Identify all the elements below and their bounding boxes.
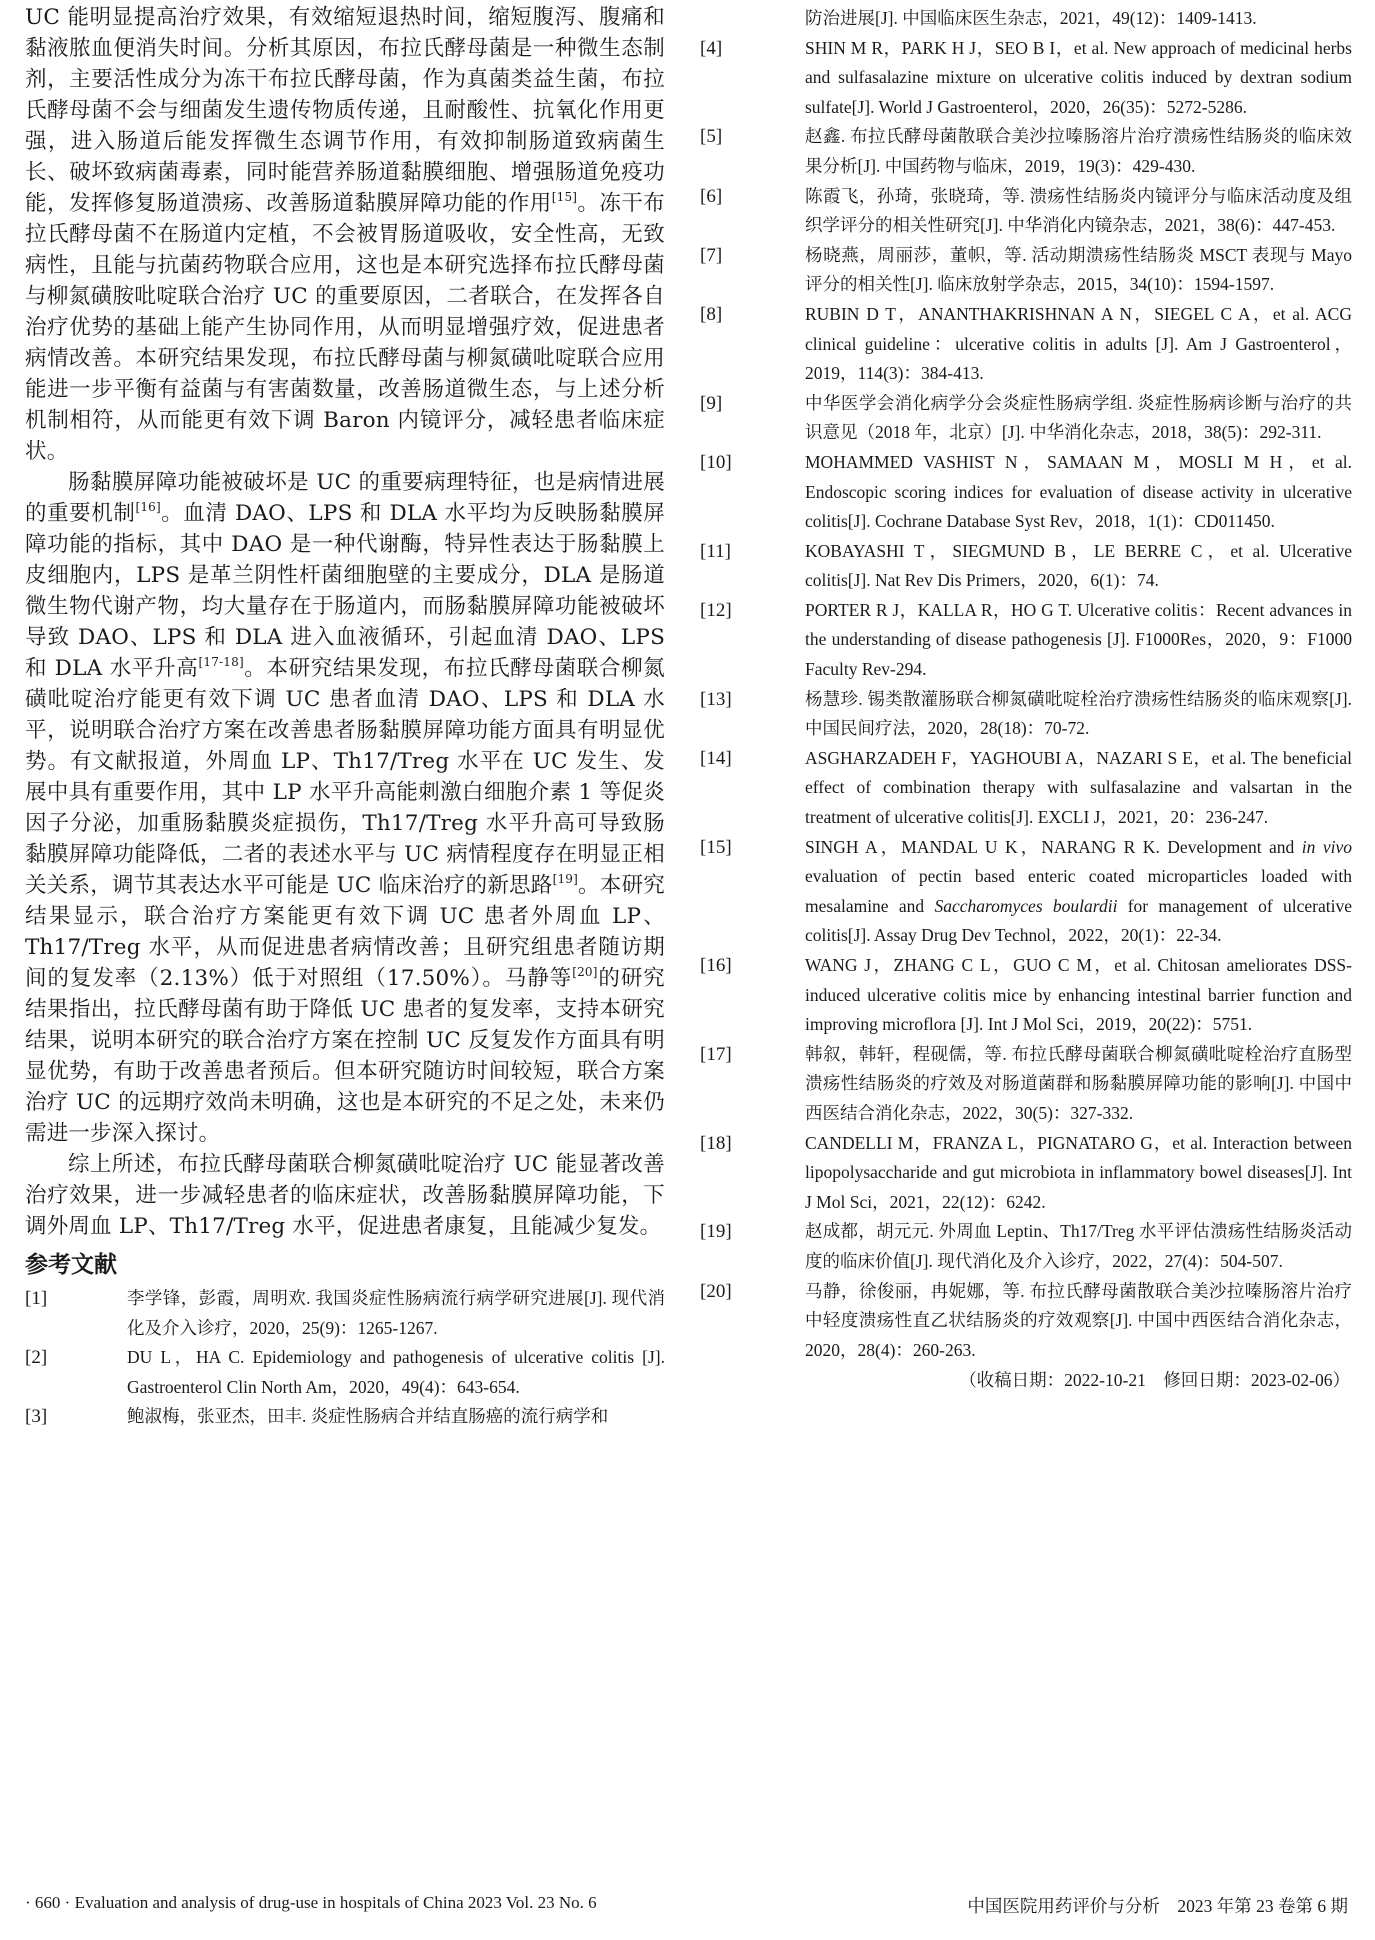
reference-text: 中华医学会消化病学分会炎症性肠病学组. 炎症性肠病诊断与治疗的共识意见（2018… [805,393,1352,443]
footer-journal-info-chinese: 中国医院用药评价与分析 2023 年第 23 卷第 6 期 [967,1893,1348,1918]
reference-number: [13] [700,685,780,715]
reference-number: [10] [700,448,780,478]
reference-text: 韩叙，韩轩，程砚儒，等. 布拉氏酵母菌联合柳氮磺吡啶栓治疗直肠型溃疡性结肠炎的疗… [805,1044,1352,1123]
reference-number: [17] [700,1040,780,1070]
reference-text: 杨晓燕，周丽莎，董帜，等. 活动期溃疡性结肠炎 MSCT 表现与 Mayo 评分… [805,245,1352,295]
reference-item: [1] 李学锋，彭霞，周明欢. 我国炎症性肠病流行病学研究进展[J]. 现代消化… [25,1284,665,1343]
left-column: UC 能明显提高治疗效果，有效缩短退热时间，缩短腹泻、腹痛和黏液脓血便消失时间。… [25,0,665,1432]
reference-list-right: [4]SHIN M R，PARK H J，SEO B I，et al. New … [700,34,1352,1366]
reference-item: [16]WANG J，ZHANG C L，GUO C M，et al. Chit… [700,951,1352,1040]
reference-text: WANG J，ZHANG C L，GUO C M，et al. Chitosan… [805,955,1352,1034]
reference-number: [6] [700,182,780,212]
reference-text: CANDELLI M，FRANZA L，PIGNATARO G，et al. I… [805,1133,1352,1212]
reference-text: DU L，HA C. Epidemiology and pathogenesis… [127,1347,665,1397]
reference-number: [3] [25,1402,105,1432]
reference-number: [8] [700,300,780,330]
paragraph-text: 。冻干布拉氏酵母菌不在肠道内定植，不会被胃肠道吸收，安全性高，无致病性，且能与抗… [25,191,665,464]
paragraph-text: 。血清 DAO、LPS 和 DLA 水平均为反映肠黏膜屏障功能的指标，其中 DA… [25,501,665,681]
reference-text: 赵鑫. 布拉氏酵母菌散联合美沙拉嗪肠溶片治疗溃疡性结肠炎的临床效果分析[J]. … [805,126,1352,176]
citation-link[interactable]: [17-18] [198,655,243,669]
citation-link[interactable]: [20] [572,965,597,979]
reference-italic: Saccharomyces boulardii [934,896,1117,916]
reference-item: [8]RUBIN D T，ANANTHAKRISHNAN A N，SIEGEL … [700,300,1352,389]
paragraph-text: 。本研究结果发现，布拉氏酵母菌联合柳氮磺吡啶治疗能更有效下调 UC 患者血清 D… [25,656,665,898]
reference-text: SHIN M R，PARK H J，SEO B I，et al. New app… [805,38,1352,117]
reference-item: [5]赵鑫. 布拉氏酵母菌散联合美沙拉嗪肠溶片治疗溃疡性结肠炎的临床效果分析[J… [700,122,1352,181]
footer-page-info-english: · 660 · Evaluation and analysis of drug-… [25,1893,597,1913]
reference-number: [7] [700,241,780,271]
reference-number: [5] [700,122,780,152]
reference-text: KOBAYASHI T，SIEGMUND B，LE BERRE C，et al.… [805,541,1352,591]
citation-link[interactable]: [15] [552,190,577,204]
journal-page: UC 能明显提高治疗效果，有效缩短退热时间，缩短腹泻、腹痛和黏液脓血便消失时间。… [0,0,1375,1940]
reference-number: [4] [700,34,780,64]
paragraph-barrier: 肠黏膜屏障功能被破坏是 UC 的重要病理特征，也是病情进展的重要机制[16]。血… [25,467,665,1149]
paragraph-text: 综上所述，布拉氏酵母菌联合柳氮磺吡啶治疗 UC 能显著改善治疗效果，进一步减轻患… [25,1152,665,1239]
reference-item: [17]韩叙，韩轩，程砚儒，等. 布拉氏酵母菌联合柳氮磺吡啶栓治疗直肠型溃疡性结… [700,1040,1352,1129]
reference-number: [1] [25,1284,105,1314]
reference-text: SINGH A，MANDAL U K，NARANG R K. Developme… [805,837,1302,857]
reference-item: [18]CANDELLI M，FRANZA L，PIGNATARO G，et a… [700,1129,1352,1218]
reference-number: [12] [700,596,780,626]
reference-item: [2] DU L，HA C. Epidemiology and pathogen… [25,1343,665,1402]
reference-text: ASGHARZADEH F，YAGHOUBI A，NAZARI S E，et a… [805,748,1352,827]
reference-list-left: [1] 李学锋，彭霞，周明欢. 我国炎症性肠病流行病学研究进展[J]. 现代消化… [25,1284,665,1432]
reference-item: [9]中华医学会消化病学分会炎症性肠病学组. 炎症性肠病诊断与治疗的共识意见（2… [700,389,1352,448]
reference-number: [16] [700,951,780,981]
reference-number: [20] [700,1277,780,1307]
reference-number: [2] [25,1343,105,1373]
paragraph-text: 的研究结果指出，拉氏酵母菌有助于降低 UC 患者的复发率，支持本研究结果，说明本… [25,966,665,1146]
reference-text: 陈霞飞，孙琦，张晓琦，等. 溃疡性结肠炎内镜评分与临床活动度及组织学评分的相关性… [805,186,1352,236]
reference-text: 鲍淑梅，张亚杰，田丰. 炎症性肠病合并结直肠癌的流行病学和 [127,1406,608,1426]
reference-item: [11]KOBAYASHI T，SIEGMUND B，LE BERRE C，et… [700,537,1352,596]
reference-item: [3] 鲍淑梅，张亚杰，田丰. 炎症性肠病合并结直肠癌的流行病学和 [25,1402,665,1432]
reference-item: [13]杨慧珍. 锡类散灌肠联合柳氮磺吡啶栓治疗溃疡性结肠炎的临床观察[J]. … [700,685,1352,744]
reference-item: [20]马静，徐俊丽，冉妮娜，等. 布拉氏酵母菌散联合美沙拉嗪肠溶片治疗中轻度溃… [700,1277,1352,1366]
reference-text: 李学锋，彭霞，周明欢. 我国炎症性肠病流行病学研究进展[J]. 现代消化及介入诊… [127,1288,665,1338]
reference-number: [14] [700,744,780,774]
paragraph-text: UC 能明显提高治疗效果，有效缩短退热时间，缩短腹泻、腹痛和黏液脓血便消失时间。… [25,5,665,216]
reference-item: [14]ASGHARZADEH F，YAGHOUBI A，NAZARI S E，… [700,744,1352,833]
reference-number: [11] [700,537,780,567]
reference-item: [7]杨晓燕，周丽莎，董帜，等. 活动期溃疡性结肠炎 MSCT 表现与 Mayo… [700,241,1352,300]
reference-text: RUBIN D T，ANANTHAKRISHNAN A N，SIEGEL C A… [805,304,1352,383]
reference-item: [12]PORTER R J，KALLA R，HO G T. Ulcerativ… [700,596,1352,685]
paragraph-conclusion: 综上所述，布拉氏酵母菌联合柳氮磺吡啶治疗 UC 能显著改善治疗效果，进一步减轻患… [25,1149,665,1242]
reference-item: [15]SINGH A，MANDAL U K，NARANG R K. Devel… [700,833,1352,951]
right-column: 防治进展[J]. 中国临床医生杂志，2021，49(12)：1409-1413.… [700,0,1352,1395]
reference-text: 赵成都，胡元元. 外周血 Leptin、Th17/Treg 水平评估溃疡性结肠炎… [805,1221,1352,1271]
reference-number: [19] [700,1217,780,1247]
reference-text: 杨慧珍. 锡类散灌肠联合柳氮磺吡啶栓治疗溃疡性结肠炎的临床观察[J]. 中国民间… [805,689,1352,739]
reference-continuation: 防治进展[J]. 中国临床医生杂志，2021，49(12)：1409-1413. [700,0,1352,34]
reference-text: 马静，徐俊丽，冉妮娜，等. 布拉氏酵母菌散联合美沙拉嗪肠溶片治疗中轻度溃疡性直乙… [805,1281,1352,1360]
reference-item: [19]赵成都，胡元元. 外周血 Leptin、Th17/Treg 水平评估溃疡… [700,1217,1352,1276]
received-revised-dates: （收稿日期：2022-10-21 修回日期：2023-02-06） [700,1365,1352,1395]
reference-item: [6]陈霞飞，孙琦，张晓琦，等. 溃疡性结肠炎内镜评分与临床活动度及组织学评分的… [700,182,1352,241]
reference-text: PORTER R J，KALLA R，HO G T. Ulcerative co… [805,600,1352,679]
reference-number: [18] [700,1129,780,1159]
reference-number: [15] [700,833,780,863]
reference-text: MOHAMMED VASHIST N，SAMAAN M，MOSLI M H，et… [805,452,1352,531]
references-heading: 参考文献 [25,1248,665,1282]
citation-link[interactable]: [19] [553,872,578,886]
reference-italic: in vivo [1302,837,1352,857]
reference-item: [4]SHIN M R，PARK H J，SEO B I，et al. New … [700,34,1352,123]
paragraph-mechanism: UC 能明显提高治疗效果，有效缩短退热时间，缩短腹泻、腹痛和黏液脓血便消失时间。… [25,2,665,467]
reference-item: [10]MOHAMMED VASHIST N，SAMAAN M，MOSLI M … [700,448,1352,537]
citation-link[interactable]: [16] [135,500,160,514]
reference-number: [9] [700,389,780,419]
